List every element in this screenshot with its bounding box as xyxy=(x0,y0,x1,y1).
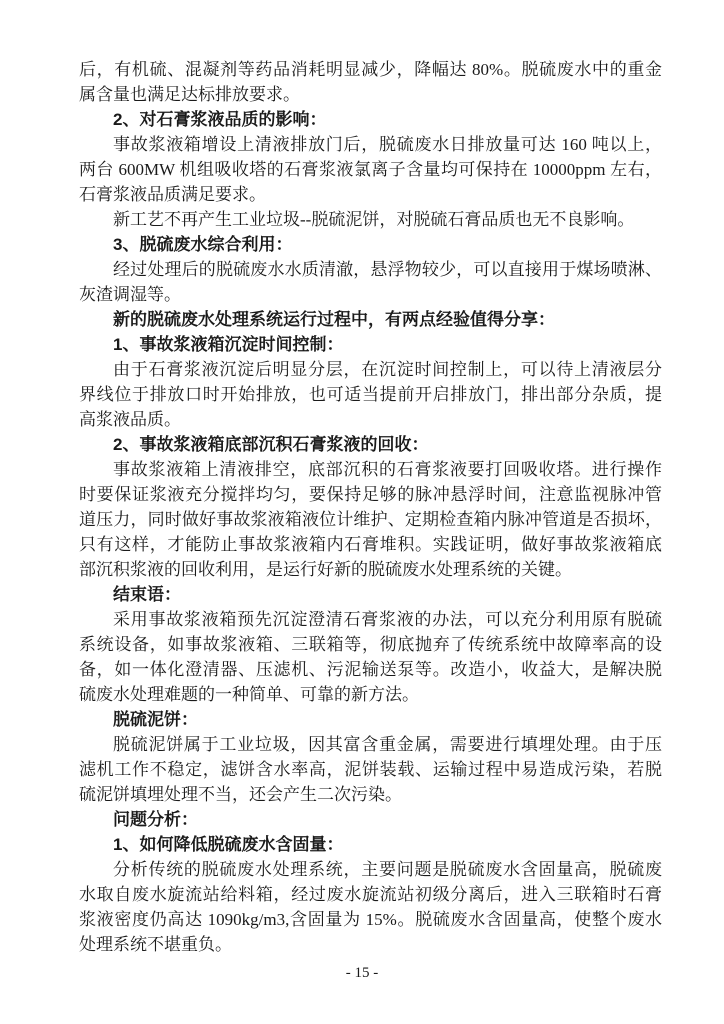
section-heading: 2、事故浆液箱底部沉积石膏浆液的回收： xyxy=(79,432,662,457)
text-line: 事故浆液箱增设上清液排放门后，脱硫废水日排放量可达 160 吨以上， xyxy=(79,132,662,157)
text-line: 滤机工作不稳定，滤饼含水率高，泥饼装载、运输过程中易造成污染，若脱 xyxy=(79,757,662,782)
text-line: 新的脱硫废水处理系统运行过程中，有两点经验值得分享： xyxy=(79,307,662,332)
section-heading: 新的脱硫废水处理系统运行过程中，有两点经验值得分享： xyxy=(79,307,662,332)
text-line: 经过处理后的脱硫废水水质清澈，悬浮物较少，可以直接用于煤场喷淋、 xyxy=(79,257,662,282)
text-line: 两台 600MW 机组吸收塔的石膏浆液氯离子含量均可保持在 10000ppm 左… xyxy=(79,157,662,182)
section-heading: 结束语： xyxy=(79,582,662,607)
body-paragraph: 采用事故浆液箱预先沉淀澄清石膏浆液的办法，可以充分利用原有脱硫系统设备，如事故浆… xyxy=(79,607,662,707)
text-line: 浆液密度仍高达 1090kg/m3,含固量为 15%。脱硫废水含固量高，使整个废… xyxy=(79,907,662,932)
text-line: 高浆液品质。 xyxy=(79,407,662,432)
text-line: 系统设备，如事故浆液箱、三联箱等，彻底抛弃了传统系统中故障率高的设 xyxy=(79,632,662,657)
body-paragraph: 由于石膏浆液沉淀后明显分层，在沉淀时间控制上，可以待上清液层分界线位于排放口时开… xyxy=(79,357,662,432)
section-heading: 1、事故浆液箱沉淀时间控制： xyxy=(79,332,662,357)
body-paragraph: 分析传统的脱硫废水处理系统，主要问题是脱硫废水含固量高，脱硫废水取自废水旋流站给… xyxy=(79,857,662,957)
section-heading: 2、对石膏浆液品质的影响： xyxy=(79,107,662,132)
text-line: 石膏浆液品质满足要求。 xyxy=(79,182,662,207)
text-line: 脱硫泥饼属于工业垃圾，因其富含重金属，需要进行填埋处理。由于压 xyxy=(79,732,662,757)
text-line: 硫废水处理难题的一种简单、可靠的新方法。 xyxy=(79,682,662,707)
body-paragraph: 事故浆液箱上清液排空，底部沉积的石膏浆液要打回吸收塔。进行操作时要保证浆液充分搅… xyxy=(79,457,662,582)
text-line: 由于石膏浆液沉淀后明显分层，在沉淀时间控制上，可以待上清液层分 xyxy=(79,357,662,382)
text-line: 后，有机硫、混凝剂等药品消耗明显减少，降幅达 80%。脱硫废水中的重金 xyxy=(79,57,662,82)
text-line: 2、事故浆液箱底部沉积石膏浆液的回收： xyxy=(79,432,662,457)
text-line: 采用事故浆液箱预先沉淀澄清石膏浆液的办法，可以充分利用原有脱硫 xyxy=(79,607,662,632)
text-line: 只有这样，才能防止事故浆液箱内石膏堆积。实践证明，做好事故浆液箱底 xyxy=(79,532,662,557)
text-line: 水取自废水旋流站给料箱，经过废水旋流站初级分离后，进入三联箱时石膏 xyxy=(79,882,662,907)
text-line: 硫泥饼填埋处理不当，还会产生二次污染。 xyxy=(79,782,662,807)
section-heading: 3、脱硫废水综合利用： xyxy=(79,232,662,257)
text-line: 问题分析： xyxy=(79,807,662,832)
body-paragraph: 事故浆液箱增设上清液排放门后，脱硫废水日排放量可达 160 吨以上，两台 600… xyxy=(79,132,662,207)
section-heading: 问题分析： xyxy=(79,807,662,832)
body-paragraph: 脱硫泥饼属于工业垃圾，因其富含重金属，需要进行填埋处理。由于压滤机工作不稳定，滤… xyxy=(79,732,662,807)
text-line: 属含量也满足达标排放要求。 xyxy=(79,82,662,107)
document-content: 后，有机硫、混凝剂等药品消耗明显减少，降幅达 80%。脱硫废水中的重金属含量也满… xyxy=(79,57,662,957)
page-number-footer: - 15 - xyxy=(0,963,724,983)
text-line: 结束语： xyxy=(79,582,662,607)
body-paragraph: 经过处理后的脱硫废水水质清澈，悬浮物较少，可以直接用于煤场喷淋、灰渣调湿等。 xyxy=(79,257,662,307)
text-line: 3、脱硫废水综合利用： xyxy=(79,232,662,257)
text-line: 道压力，同时做好事故浆液箱液位计维护、定期检查箱内脉冲管道是否损坏， xyxy=(79,507,662,532)
text-line: 1、如何降低脱硫废水含固量： xyxy=(79,832,662,857)
document-page: 后，有机硫、混凝剂等药品消耗明显减少，降幅达 80%。脱硫废水中的重金属含量也满… xyxy=(0,0,724,1024)
text-line: 界线位于排放口时开始排放，也可适当提前开启排放门，排出部分杂质，提 xyxy=(79,382,662,407)
text-line: 脱硫泥饼： xyxy=(79,707,662,732)
text-line: 备，如一体化澄清器、压滤机、污泥输送泵等。改造小，收益大，是解决脱 xyxy=(79,657,662,682)
text-line: 新工艺不再产生工业垃圾--脱硫泥饼，对脱硫石膏品质也无不良影响。 xyxy=(79,207,662,232)
text-line: 处理系统不堪重负。 xyxy=(79,932,662,957)
section-heading: 1、如何降低脱硫废水含固量： xyxy=(79,832,662,857)
body-paragraph: 新工艺不再产生工业垃圾--脱硫泥饼，对脱硫石膏品质也无不良影响。 xyxy=(79,207,662,232)
section-heading: 脱硫泥饼： xyxy=(79,707,662,732)
text-line: 1、事故浆液箱沉淀时间控制： xyxy=(79,332,662,357)
text-line: 部沉积浆液的回收利用，是运行好新的脱硫废水处理系统的关键。 xyxy=(79,557,662,582)
text-line: 事故浆液箱上清液排空，底部沉积的石膏浆液要打回吸收塔。进行操作 xyxy=(79,457,662,482)
body-paragraph: 后，有机硫、混凝剂等药品消耗明显减少，降幅达 80%。脱硫废水中的重金属含量也满… xyxy=(79,57,662,107)
text-line: 2、对石膏浆液品质的影响： xyxy=(79,107,662,132)
text-line: 灰渣调湿等。 xyxy=(79,282,662,307)
text-line: 时要保证浆液充分搅拌均匀，要保持足够的脉冲悬浮时间，注意监视脉冲管 xyxy=(79,482,662,507)
text-line: 分析传统的脱硫废水处理系统，主要问题是脱硫废水含固量高，脱硫废 xyxy=(79,857,662,882)
